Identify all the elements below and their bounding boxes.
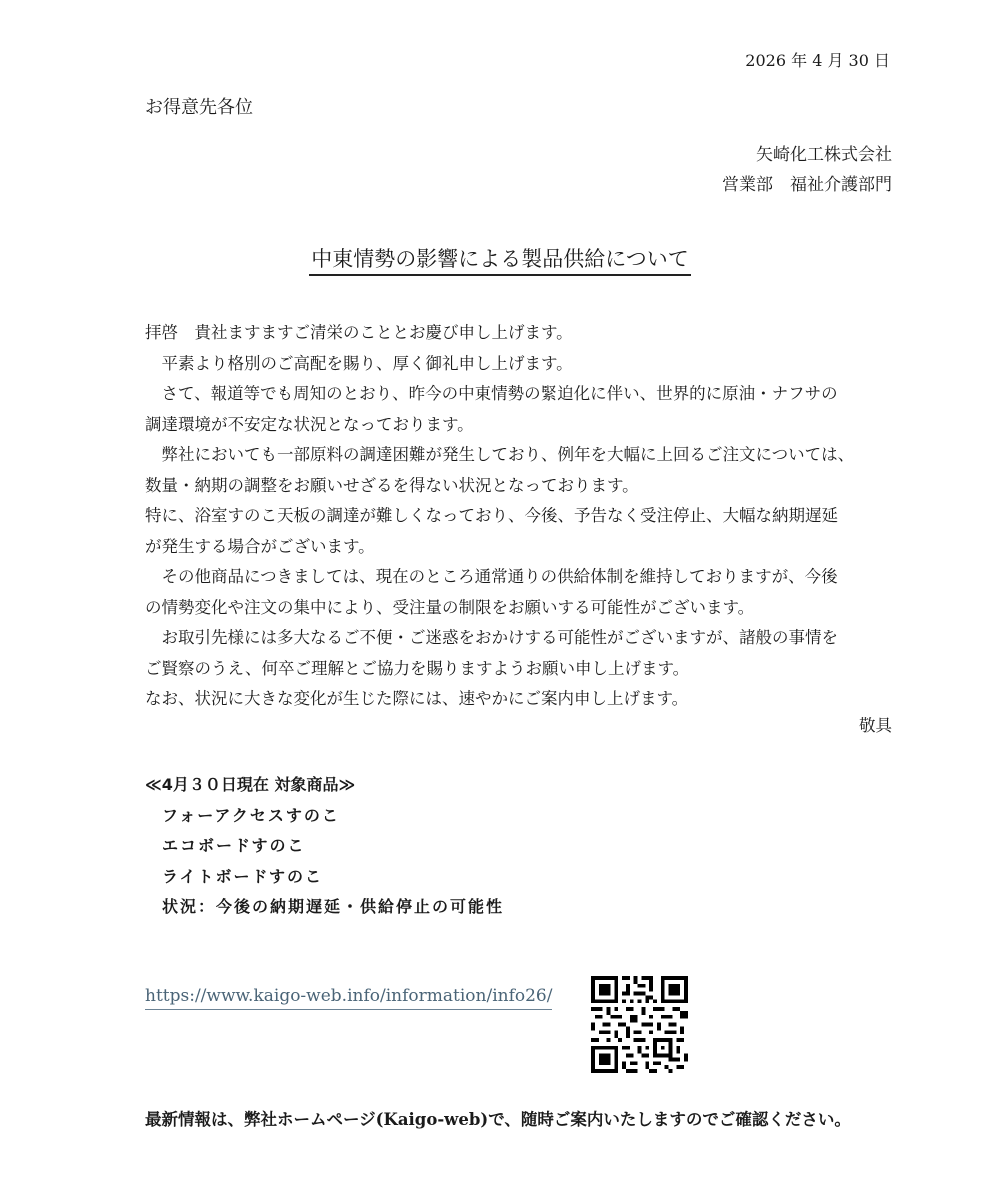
closing-keigu: 敬具: [859, 712, 892, 736]
body-line: その他商品につきましては、現在のところ通常通りの供給体制を維持しておりますが、今…: [145, 562, 915, 593]
sender-company: 矢崎化工株式会社: [722, 140, 892, 170]
target-products: ≪4月３０日現在 対象商品≫ フォーアクセスすのこ エコボードすのこ ライトボー…: [145, 770, 504, 923]
body-line: さて、報道等でも周知のとおり、昨今の中東情勢の緊迫化に伴い、世界的に原油・ナフサ…: [145, 379, 915, 410]
letter-body: 拝啓 貴社ますますご清栄のこととお慶び申し上げます。 平素より格別のご高配を賜り…: [145, 318, 915, 715]
target-product-item: ライトボードすのこ: [145, 862, 504, 893]
body-line: ご賢察のうえ、何卒ご理解とご協力を賜りますようお願い申し上げます。: [145, 654, 915, 685]
qr-code-icon[interactable]: [591, 976, 688, 1073]
target-status: 状況：今後の納期遅延・供給停止の可能性: [145, 892, 504, 923]
document-title-text: 中東情勢の影響による製品供給について: [309, 247, 691, 276]
sender-department: 営業部 福祉介護部門: [722, 170, 892, 200]
body-line: の情勢変化や注文の集中により、受注量の制限をお願いする可能性がございます。: [145, 593, 915, 624]
body-line: 数量・納期の調整をお願いせざるを得ない状況となっております。: [145, 471, 915, 502]
info-link[interactable]: https://www.kaigo-web.info/information/i…: [145, 986, 552, 1010]
addressee: お得意先各位: [145, 93, 253, 119]
body-line: 特に、浴室すのこ天板の調達が難しくなっており、今後、予告なく受注停止、大幅な納期…: [145, 501, 915, 532]
document-date: 2026 年 4 月 30 日: [745, 48, 890, 71]
body-line: お取引先様には多大なるご不便・ご迷惑をおかけする可能性がございますが、諸般の事情…: [145, 623, 915, 654]
sender-block: 矢崎化工株式会社 営業部 福祉介護部門: [722, 140, 892, 200]
footer-notice: 最新情報は、弊社ホームページ(Kaigo-web)で、随時ご案内いたしますのでご…: [145, 1106, 851, 1130]
target-product-item: エコボードすのこ: [145, 831, 504, 862]
target-products-heading: ≪4月３０日現在 対象商品≫: [145, 770, 504, 801]
body-line: 弊社においても一部原料の調達困難が発生しており、例年を大幅に上回るご注文について…: [145, 440, 915, 471]
body-line: 拝啓 貴社ますますご清栄のこととお慶び申し上げます。: [145, 318, 915, 349]
document-title: 中東情勢の影響による製品供給について: [0, 243, 1000, 273]
body-line: が発生する場合がございます。: [145, 532, 915, 563]
target-product-item: フォーアクセスすのこ: [145, 801, 504, 832]
body-line: 調達環境が不安定な状況となっております。: [145, 410, 915, 441]
body-line: 平素より格別のご高配を賜り、厚く御礼申し上げます。: [145, 349, 915, 380]
body-line: なお、状況に大きな変化が生じた際には、速やかにご案内申し上げます。: [145, 684, 915, 715]
